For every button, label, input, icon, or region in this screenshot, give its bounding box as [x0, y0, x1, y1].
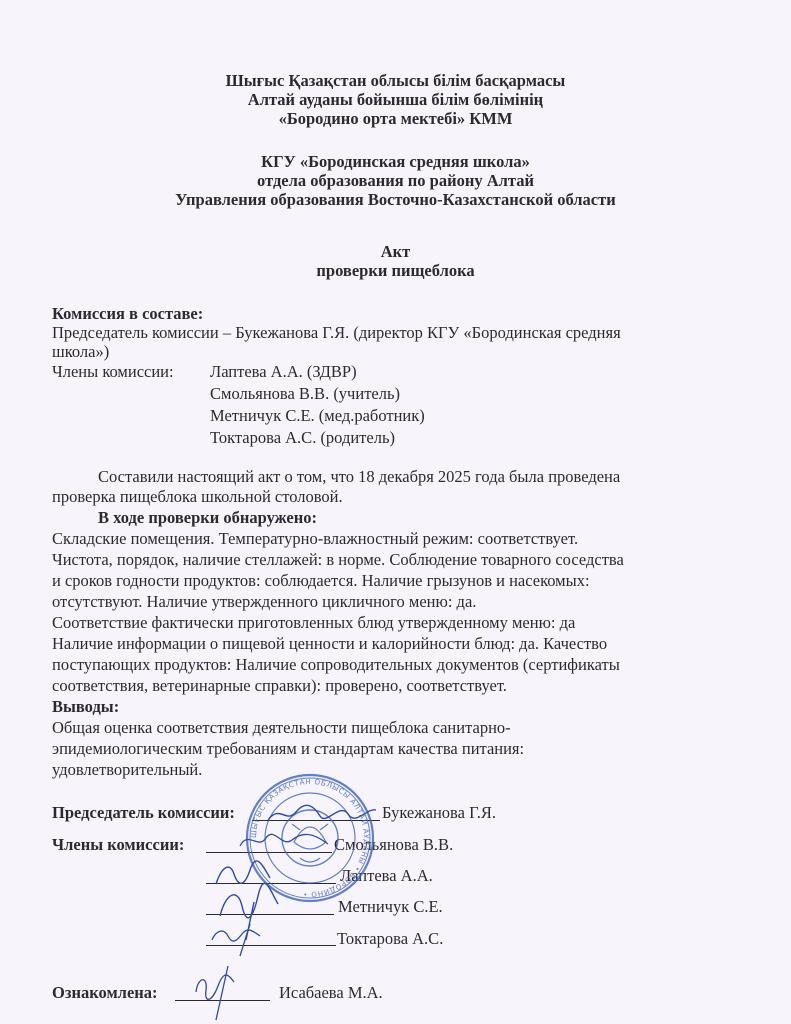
findings-line: Чистота, порядок, наличие стеллажей: в н… — [52, 550, 624, 569]
document-title: Акт — [0, 242, 791, 261]
intro-line-1: Составили настоящий акт о том, что 18 де… — [98, 467, 620, 486]
conclusions-line: эпидемиологическим требованиям и стандар… — [52, 739, 524, 758]
commission-member-2: Смольянова В.В. (учитель) — [210, 384, 400, 403]
findings-line: Соответствие фактически приготовленных б… — [52, 613, 575, 632]
commission-member-1: Лаптева А.А. (ЗДВР) — [210, 362, 357, 381]
document-subtitle: проверки пищеблока — [0, 261, 791, 280]
findings-line: поступающих продуктов: Наличие сопроводи… — [52, 655, 620, 674]
signature-chair-label: Председатель комиссии: — [52, 803, 235, 822]
header-ru-line-3: Управления образования Восточно-Казахста… — [0, 190, 791, 209]
findings-line: Складские помещения. Температурно-влажно… — [52, 529, 578, 548]
header-kz-line-3: «Бородино орта мектебі» КММ — [0, 109, 791, 128]
findings-heading: В ходе проверки обнаружено: — [98, 508, 317, 527]
signature-chair-name: Букежанова Г.Я. — [382, 803, 496, 822]
conclusions-line: Общая оценка соответствия деятельности п… — [52, 718, 511, 737]
signature-acquainted-label: Ознакомлена: — [52, 983, 158, 1002]
findings-line: отсутствуют. Наличие утвержденного цикли… — [52, 592, 476, 611]
commission-heading: Комиссия в составе: — [52, 304, 203, 323]
scanned-document-page: Шығыс Қазақстан облысы білім басқармасы … — [0, 0, 791, 1024]
commission-members-label: Члены комиссии: — [52, 362, 174, 381]
signature-member-4-icon — [206, 918, 276, 958]
signature-member-name-4: Токтарова А.С. — [337, 929, 443, 948]
commission-member-4: Токтарова А.С. (родитель) — [210, 428, 395, 447]
signature-members-label: Члены комиссии: — [52, 835, 184, 854]
header-kz-line-2: Алтай ауданы бойынша білім бөлімінің — [0, 90, 791, 109]
conclusions-line: удовлетворительный. — [52, 760, 202, 779]
header-ru-line-1: КГУ «Бородинская средняя школа» — [0, 152, 791, 171]
conclusions-heading: Выводы: — [52, 697, 119, 716]
commission-chair-line-1: Председатель комиссии – Букежанова Г.Я. … — [52, 323, 621, 342]
signature-member-1-icon — [232, 826, 342, 856]
findings-line: Наличие информации о пищевой ценности и … — [52, 634, 607, 653]
findings-line: соответствия, ветеринарные справки): про… — [52, 676, 507, 695]
commission-member-3: Метничук С.Е. (мед.работник) — [210, 406, 425, 425]
header-ru-line-2: отдела образования по району Алтай — [0, 171, 791, 190]
findings-line: и сроков годности продуктов: соблюдается… — [52, 571, 590, 590]
intro-line-2: проверка пищеблока школьной столовой. — [52, 487, 343, 506]
signature-acquainted-icon — [188, 962, 248, 1022]
signature-acquainted-name: Исабаева М.А. — [279, 983, 383, 1002]
commission-chair-line-2: школа») — [52, 342, 109, 361]
header-kz-line-1: Шығыс Қазақстан облысы білім басқармасы — [0, 71, 791, 90]
